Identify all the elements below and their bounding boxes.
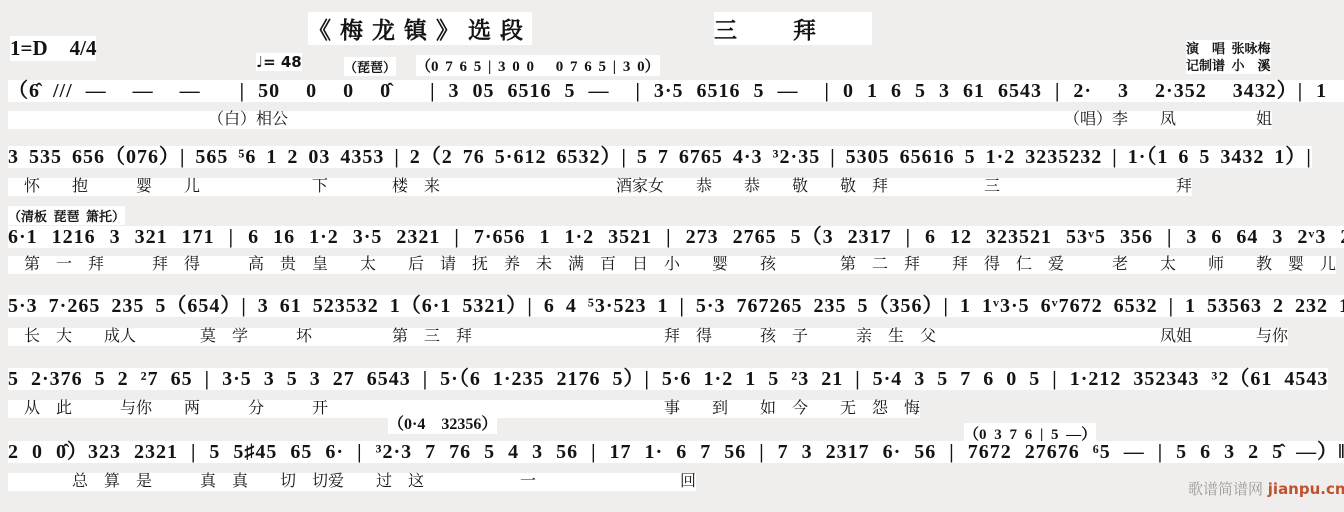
- performer-credit: 演 唱 张咏梅: [1186, 41, 1271, 56]
- tempo-marking: ♩= 48: [256, 53, 302, 71]
- notes-line-1: （6̂ /// — — — | 50 0 0 0̂ | 3 05 6516 5 …: [8, 80, 1344, 102]
- credits-block: 演 唱 张咏梅记制谱 小 溪: [1186, 40, 1271, 74]
- watermark-site-name: 歌谱简谱网: [1188, 480, 1268, 498]
- notes-line-2: 3 535 656（076）| 565 ⁵6 1 2 03 4353 | 2（2…: [8, 146, 1312, 168]
- song-subtitle: 三拜: [714, 12, 872, 45]
- lyrics-line-3: 第 一 拜 拜 得 高 贵 皇 太 后 请 抚 养 未 满 百 日 小 婴 孩 …: [8, 256, 1336, 274]
- instrument-label: （琵琶）: [344, 57, 396, 76]
- intro-pickup-notes: （0 7 6 5 | 3 0 0 0 7 6 5 | 3 0）: [416, 55, 660, 76]
- watermark: 歌谱简谱网 jianpu.cn: [1188, 478, 1344, 499]
- notes-line-5: 5 2·376 5 2 ²7 65 | 3·5 3 5 3 27 6543 | …: [8, 368, 1328, 390]
- song-title: 《梅龙镇》选段: [308, 12, 532, 45]
- notes-line-3: 6·1 1216 3 321 171 | 6 16 1·2 3·5 2321 |…: [8, 226, 1344, 248]
- section-marking: （清板 琵琶 箫托）: [8, 206, 125, 225]
- grace-run-notes-1: （0·4 32356）: [388, 411, 497, 434]
- key-and-meter: 1=D4/4: [10, 36, 96, 61]
- lyrics-line-1: （白）相公 （唱）李 凤 姐: [8, 111, 1272, 129]
- notes-line-4: 5·3 7·265 235 5（654）| 3 61 523532 1（6·1 …: [8, 295, 1344, 317]
- time-signature: 4/4: [70, 36, 97, 60]
- key-signature: 1=D: [10, 36, 48, 60]
- lyrics-line-6: 总 算 是 真 真 切 切爱 过 这 一 回: [8, 473, 696, 491]
- watermark-site-url: jianpu.cn: [1268, 480, 1344, 498]
- notes-line-6: 2 0 0̂）323 2321 | 5 5♯45 65 6· | ³2·3 7 …: [8, 441, 1344, 463]
- lyrics-line-4: 长 大 成人 莫 学 坏 第 三 拜 拜 得 孩 子 亲 生 父 凤姐 与你: [8, 328, 1288, 346]
- transcriber-credit: 记制谱 小 溪: [1186, 58, 1271, 73]
- lyrics-line-2: 怀 抱 婴 儿 下 楼 来 酒家女 恭 恭 敬 敬 拜 三 拜: [8, 178, 1192, 196]
- sheet-music-page: 《梅龙镇》选段 三拜 1=D4/4 ♩= 48 （琵琶） （0 7 6 5 | …: [0, 0, 1344, 512]
